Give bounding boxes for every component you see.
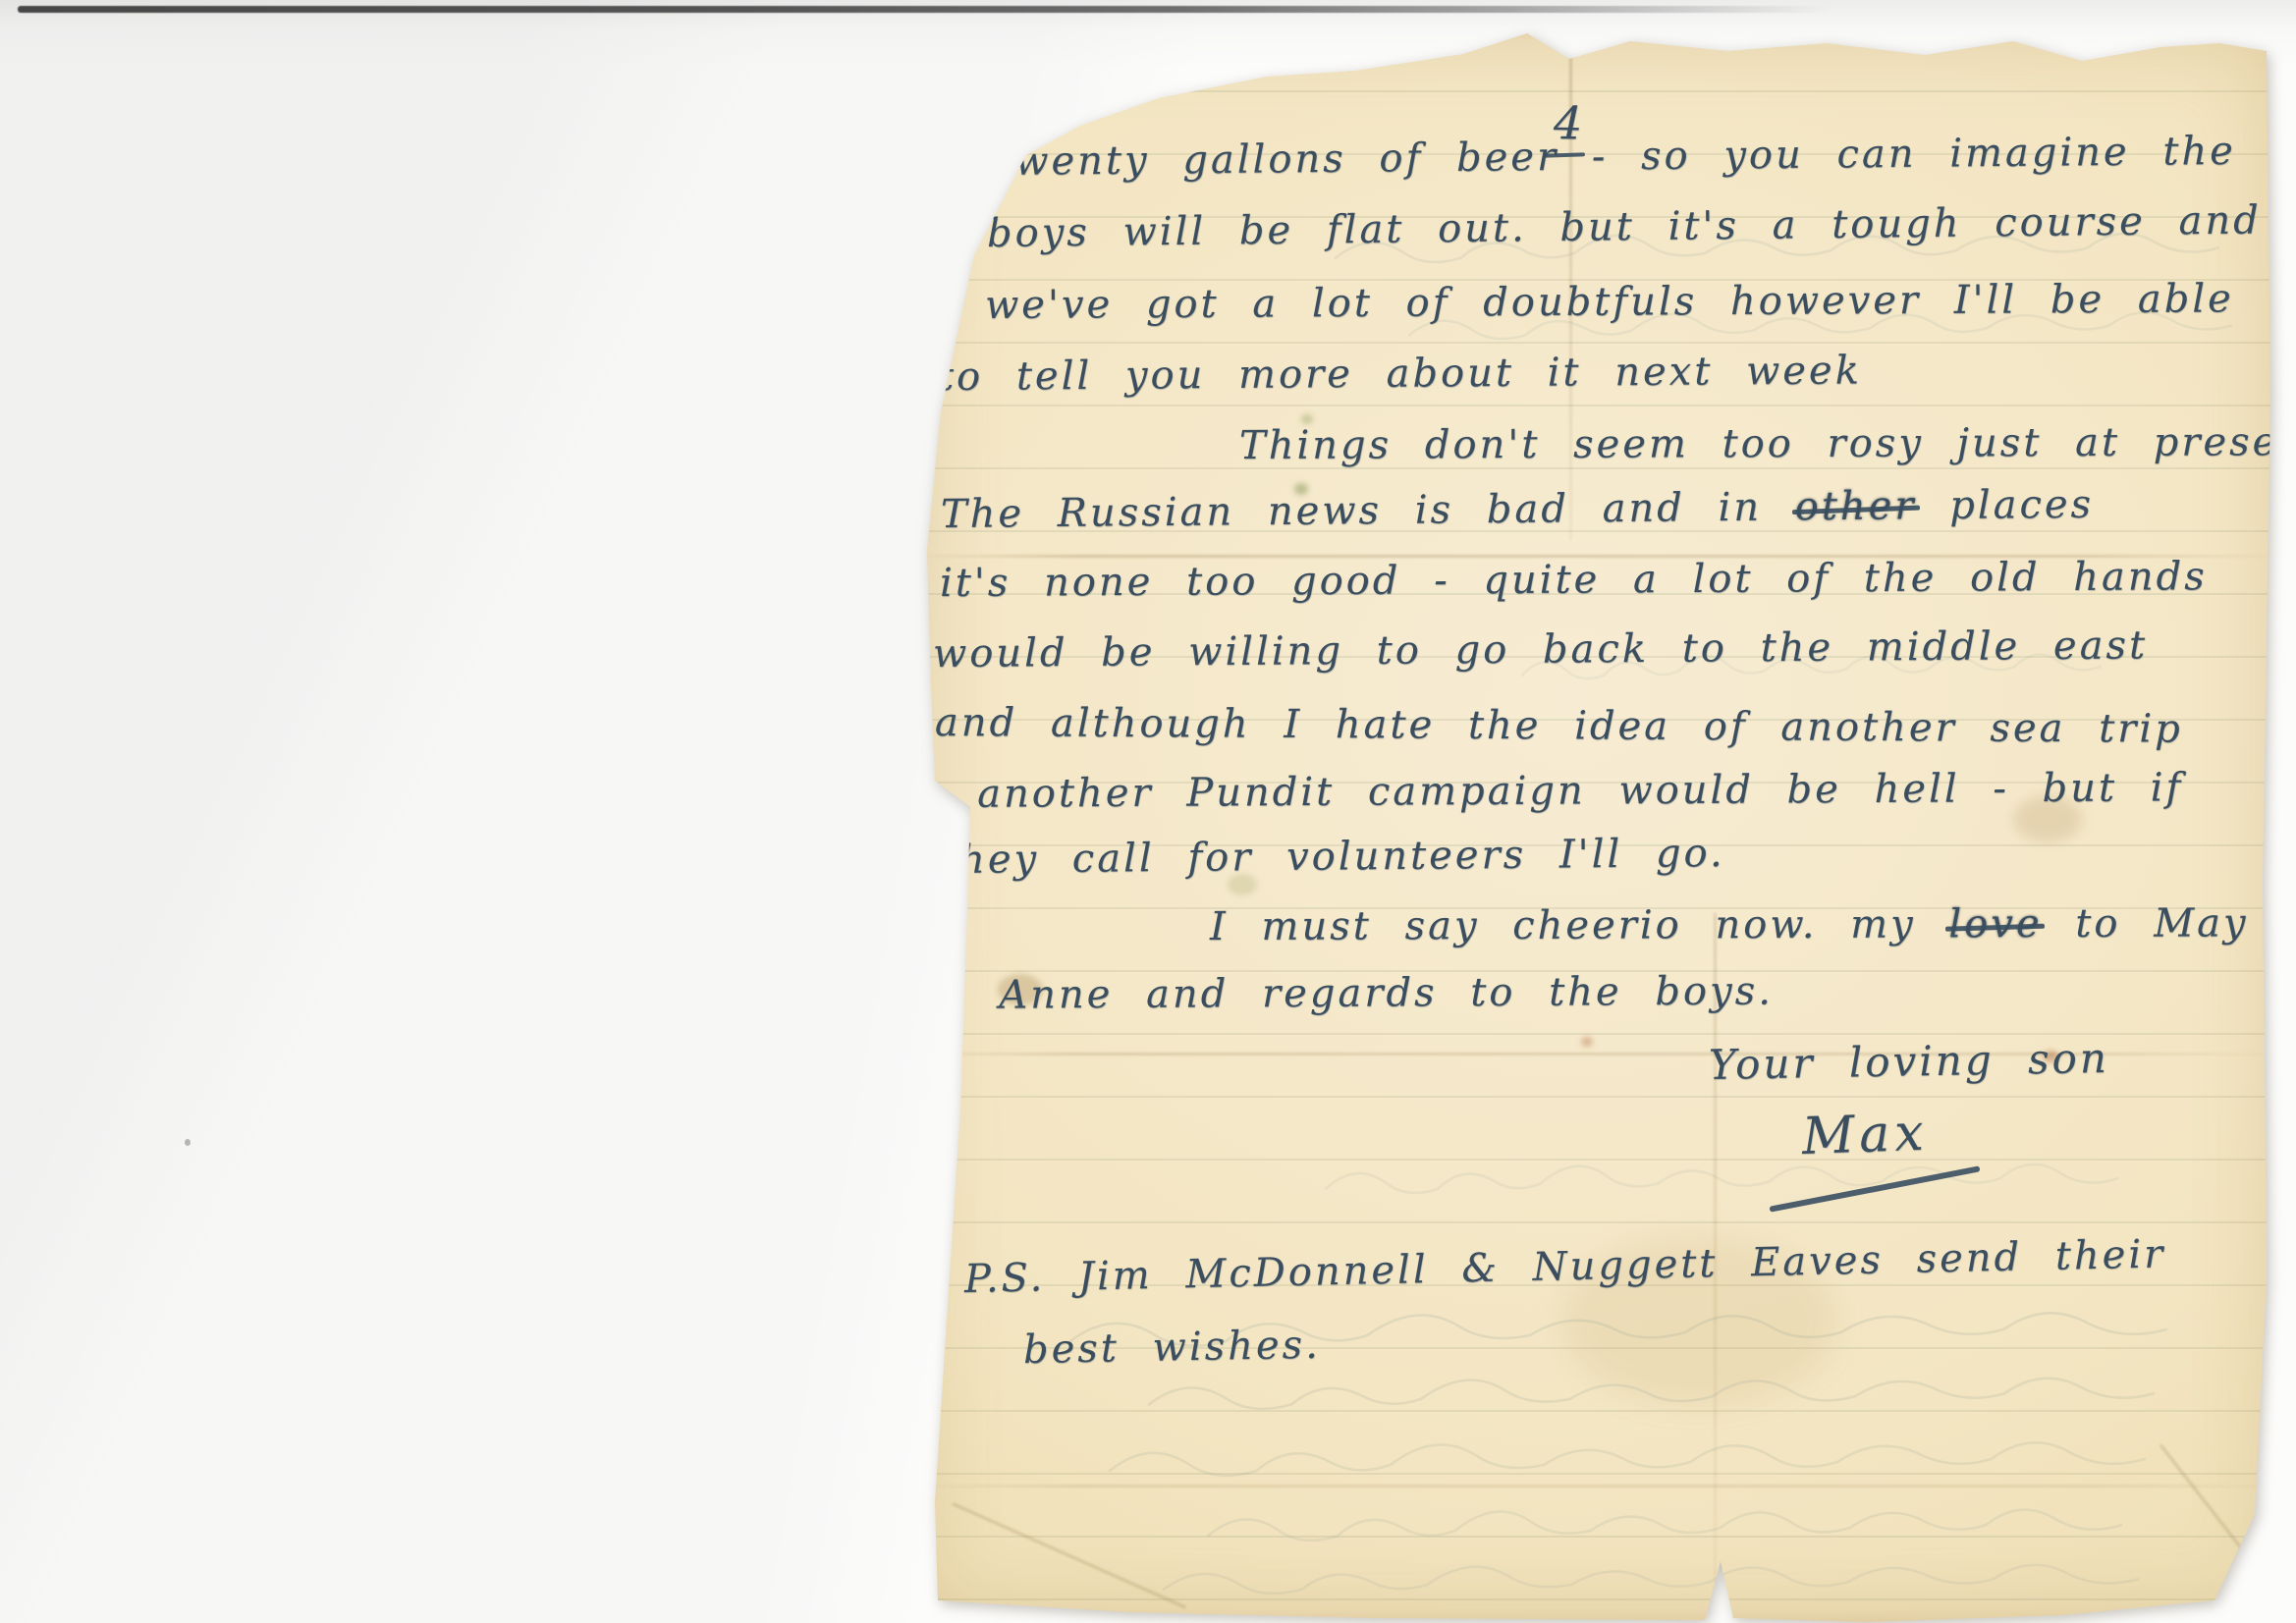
signature: Max	[1801, 1104, 1930, 1166]
handwriting-line: Things don't seem too rosy just at prese…	[1239, 419, 2296, 468]
valediction: Your loving son	[1709, 1034, 2110, 1089]
handwriting-line: & Anne and regards to the boys.	[928, 968, 1774, 1018]
handwriting-line: would be willing to go back to the middl…	[933, 622, 2148, 676]
scanner-edge-line	[18, 6, 1884, 13]
handwriting-line: The Russian news is bad and in other pla…	[941, 482, 2094, 537]
handwriting-line: to tell you more about it next week	[938, 348, 1862, 400]
strikethrough-word: other	[1795, 483, 1917, 529]
postscript-line: P.S. Jim McDonnell & Nuggett Eaves send …	[964, 1231, 2166, 1302]
signature-underline	[1769, 1165, 1980, 1212]
line-text: I must say cheerio now. my	[1210, 901, 1949, 949]
handwriting-line: I must say cheerio now. my love to May	[1210, 900, 2249, 949]
handwriting-line: and although I hate the idea of another …	[935, 700, 2183, 752]
corner-crease	[952, 1502, 1186, 1608]
letter-page: 4 Twenty gallons of beer - so you can im…	[913, 29, 2280, 1623]
handwriting-line: we've got a lot of doubtfuls however I'l…	[985, 276, 2234, 328]
line-text: The Russian news is bad and in	[941, 484, 1795, 537]
strikethrough-word: love	[1948, 901, 2042, 947]
handwriting-line: it's none too good - quite a lot of the …	[940, 554, 2208, 606]
handwriting-line: - another Pundit campaign would be hell …	[928, 765, 2184, 817]
corner-crease	[2159, 1444, 2265, 1578]
line-text: to May	[2043, 900, 2249, 947]
paper-stain	[1581, 1037, 1593, 1047]
line-text: places	[1916, 482, 2094, 529]
handwriting-line: they call for volunteers I'll go.	[941, 831, 1725, 883]
handwriting-line: Twenty gallons of beer - so you can imag…	[987, 129, 2236, 185]
postscript-line: best wishes.	[1023, 1323, 1322, 1373]
fold-crease-horizontal	[913, 1485, 2280, 1488]
dust-speck	[185, 1139, 191, 1146]
handwriting-line: boys will be flat out. but it's a tough …	[987, 197, 2262, 256]
letter-page-wrapper: 4 Twenty gallons of beer - so you can im…	[913, 29, 2280, 1623]
